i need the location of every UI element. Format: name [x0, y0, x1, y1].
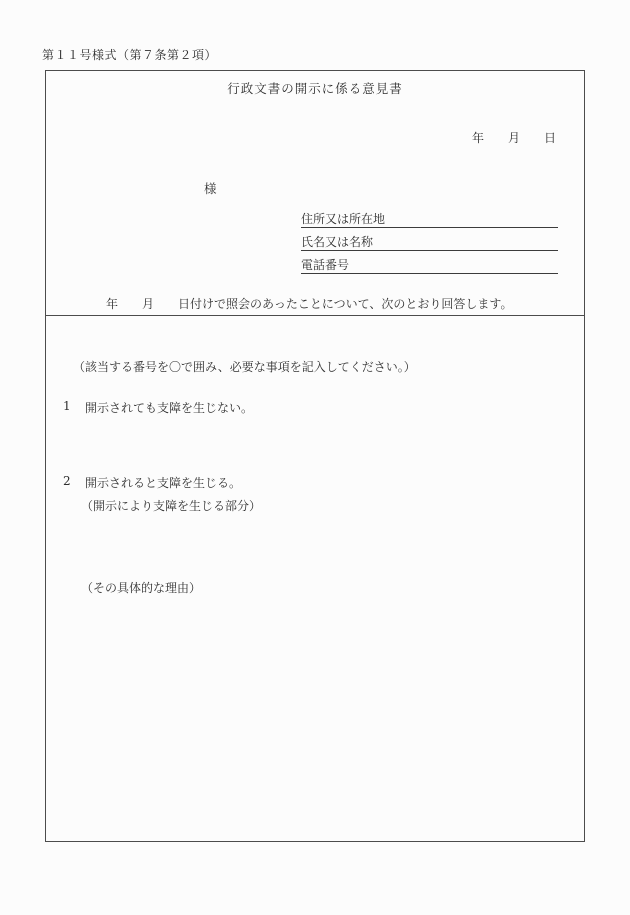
name-field-label: 氏名又は名称	[301, 233, 373, 250]
form-number-label: 第１１号様式（第７条第２項）	[42, 46, 217, 63]
reason-label: （その具体的な理由）	[81, 579, 201, 596]
phone-field-label: 電話番号	[301, 256, 349, 273]
date-line: 年 月 日	[472, 129, 556, 146]
instruction-note: （該当する番号を〇で囲み、必要な事項を記入してください。）	[73, 358, 416, 375]
option-1-row: 1 開示されても支障を生じない。	[63, 399, 253, 416]
form-title: 行政文書の開示に係る意見書	[46, 79, 584, 97]
address-input-line[interactable]	[385, 213, 558, 227]
disclosure-part-label: （開示により支障を生じる部分）	[81, 497, 261, 514]
address-field-row: 住所又は所在地	[301, 212, 558, 228]
form-box: 行政文書の開示に係る意見書 年 月 日 様 住所又は所在地 氏名又は名称 電話番…	[45, 70, 585, 842]
section-divider	[46, 315, 584, 316]
option-1-text: 開示されても支障を生じない。	[85, 399, 253, 416]
reference-sentence: 年 月 日付けで照会のあったことについて、次のとおり回答します。	[106, 295, 512, 312]
name-input-line[interactable]	[373, 236, 558, 250]
address-field-label: 住所又は所在地	[301, 210, 385, 227]
opinion-form-page: 第１１号様式（第７条第２項） 行政文書の開示に係る意見書 年 月 日 様 住所又…	[0, 0, 630, 915]
option-1-number[interactable]: 1	[63, 399, 85, 416]
name-field-row: 氏名又は名称	[301, 235, 558, 251]
option-2-row: 2 開示されると支障を生じる。	[63, 474, 241, 491]
option-2-number[interactable]: 2	[63, 474, 85, 491]
sender-block: 住所又は所在地 氏名又は名称 電話番号	[301, 212, 558, 281]
addressee-honorific: 様	[204, 179, 217, 197]
phone-input-line[interactable]	[349, 259, 558, 273]
phone-field-row: 電話番号	[301, 258, 558, 274]
option-2-text: 開示されると支障を生じる。	[85, 474, 241, 491]
